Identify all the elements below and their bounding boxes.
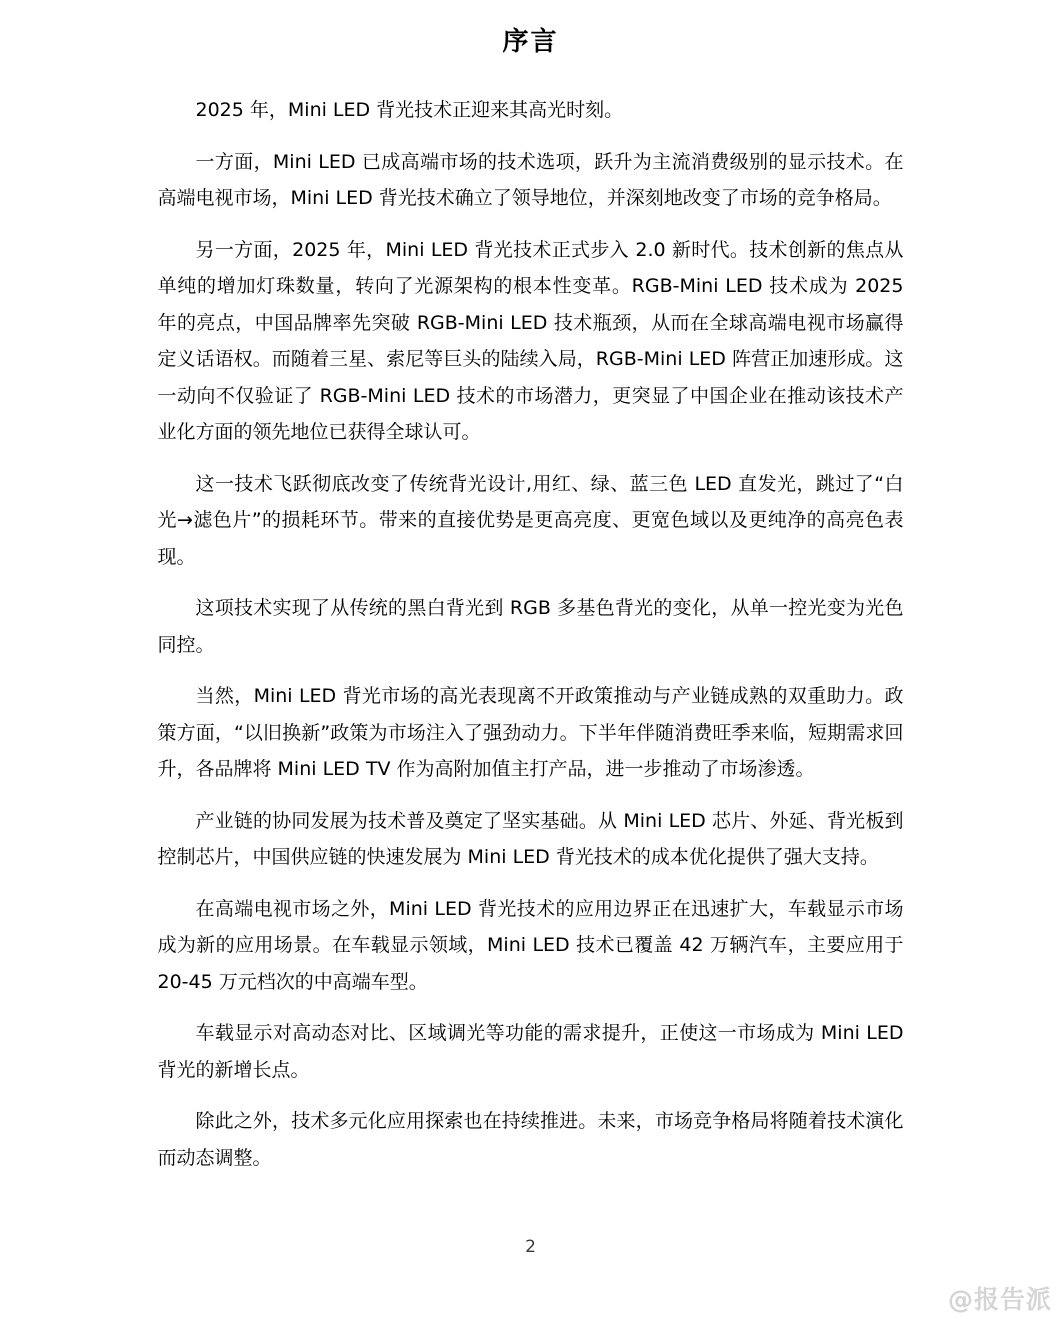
paragraph: 除此之外，技术多元化应用探索也在持续推进。未来，市场竞争格局将随着技术演化而动态… (158, 1103, 904, 1176)
paragraph: 这一技术飞跃彻底改变了传统背光设计,用红、绿、蓝三色 LED 直发光，跳过了“白… (158, 466, 904, 576)
document-page: 序言 2025 年，Mini LED 背光技术正迎来其高光时刻。 一方面，Min… (0, 0, 1061, 1320)
paragraph: 另一方面，2025 年，Mini LED 背光技术正式步入 2.0 新时代。技术… (158, 232, 904, 451)
paragraph: 车载显示对高动态对比、区域调光等功能的需求提升，正使这一市场成为 Mini LE… (158, 1015, 904, 1088)
document-body: 2025 年，Mini LED 背光技术正迎来其高光时刻。 一方面，Mini L… (158, 92, 904, 1176)
paragraph: 当然，Mini LED 背光市场的高光表现离不开政策推动与产业链成熟的双重助力。… (158, 678, 904, 788)
watermark: @报告派 (948, 1285, 1052, 1315)
paragraph: 2025 年，Mini LED 背光技术正迎来其高光时刻。 (158, 92, 904, 129)
paragraph: 产业链的协同发展为技术普及奠定了坚实基础。从 Mini LED 芯片、外延、背光… (158, 803, 904, 876)
page-title: 序言 (0, 0, 1061, 59)
page-number: 2 (0, 1237, 1061, 1257)
paragraph: 这项技术实现了从传统的黑白背光到 RGB 多基色背光的变化，从单一控光变为光色同… (158, 590, 904, 663)
paragraph: 一方面，Mini LED 已成高端市场的技术选项，跃升为主流消费级别的显示技术。… (158, 144, 904, 217)
paragraph: 在高端电视市场之外，Mini LED 背光技术的应用边界正在迅速扩大，车载显示市… (158, 891, 904, 1001)
